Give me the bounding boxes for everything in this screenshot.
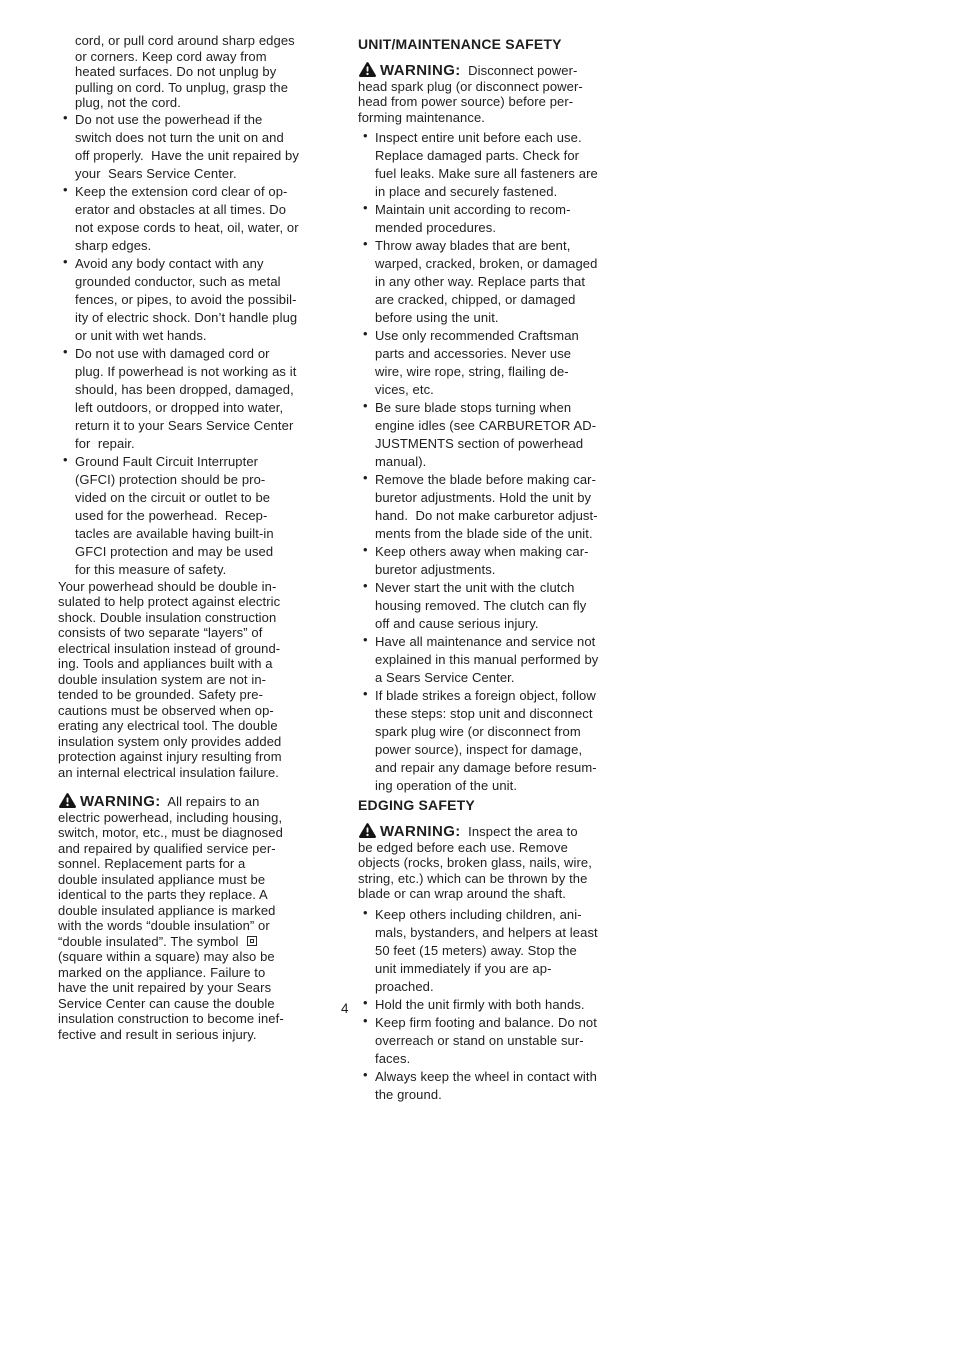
bullet-marker: •	[363, 995, 368, 1011]
warning-block-edging: WARNING: Inspect the area to be edged be…	[358, 822, 644, 902]
list-item-text: Hold the unit firmly with both hands.	[375, 997, 585, 1012]
bullet-marker: •	[63, 254, 68, 270]
warning-block-repairs: WARNING: All repairs to an electric powe…	[58, 792, 334, 1042]
list-item: •Keep the extension cord clear of op- er…	[58, 183, 334, 255]
warning-triangle-icon	[58, 792, 77, 809]
bullet-marker: •	[363, 128, 368, 144]
bullet-marker: •	[363, 1013, 368, 1029]
list-item: •Remove the blade before making car- bur…	[358, 471, 644, 543]
list-item: •Be sure blade stops turning when engine…	[358, 399, 644, 471]
list-item: •Ground Fault Circuit Interrupter (GFCI)…	[58, 453, 334, 579]
list-item-text: Avoid any body contact with any grounded…	[75, 256, 297, 343]
paragraph-continuation: cord, or pull cord around sharp edges or…	[58, 33, 334, 111]
list-item-text: Remove the blade before making car- bure…	[375, 472, 598, 541]
list-item: •Hold the unit firmly with both hands.	[358, 996, 644, 1014]
square-within-square-icon	[247, 936, 257, 946]
list-item: •Inspect entire unit before each use. Re…	[358, 129, 644, 201]
warning-label: WARNING:	[380, 823, 461, 840]
list-item-text: Keep firm footing and balance. Do not ov…	[375, 1015, 597, 1066]
bullet-marker: •	[363, 905, 368, 921]
bullet-marker: •	[63, 182, 68, 198]
list-item: •Keep firm footing and balance. Do not o…	[358, 1014, 644, 1068]
list-item-text: Do not use the powerhead if the switch d…	[75, 112, 299, 181]
list-item-text: Keep the extension cord clear of op- era…	[75, 184, 299, 253]
list-item-text: Keep others away when making car- bureto…	[375, 544, 589, 577]
warning-block-maintenance: WARNING: Disconnect power- head spark pl…	[358, 61, 644, 125]
list-item: •Maintain unit according to recom- mende…	[358, 201, 644, 237]
list-item: •Avoid any body contact with any grounde…	[58, 255, 334, 345]
list-item-text: If blade strikes a foreign object, follo…	[375, 688, 597, 793]
warning-text-continued: (square within a square) may also be mar…	[58, 949, 284, 1042]
list-item-text: Have all maintenance and service not exp…	[375, 634, 598, 685]
list-item-text: Keep others including children, ani- mal…	[375, 907, 598, 994]
bullet-marker: •	[63, 344, 68, 360]
bullet-marker: •	[363, 632, 368, 648]
bullet-marker: •	[363, 326, 368, 342]
list-item: •Do not use the powerhead if the switch …	[58, 111, 334, 183]
section-heading-edging-safety: EDGING SAFETY	[358, 797, 644, 813]
list-item-text: Never start the unit with the clutch hou…	[375, 580, 586, 631]
list-item-text: Use only recommended Craftsman parts and…	[375, 328, 579, 397]
bullet-marker: •	[63, 110, 68, 126]
warning-text: All repairs to an electric powerhead, in…	[58, 794, 283, 949]
bullet-marker: •	[363, 686, 368, 702]
warning-triangle-icon	[358, 822, 377, 839]
warning-triangle-icon	[358, 61, 377, 78]
left-column: cord, or pull cord around sharp edges or…	[58, 33, 334, 1046]
list-item-text: Maintain unit according to recom- mended…	[375, 202, 571, 235]
list-item: •Always keep the wheel in contact with t…	[358, 1068, 644, 1104]
list-item-text: Be sure blade stops turning when engine …	[375, 400, 596, 469]
bullet-marker: •	[363, 470, 368, 486]
list-item: •Never start the unit with the clutch ho…	[358, 579, 644, 633]
page-number: 4	[341, 1001, 349, 1017]
list-item-text: Ground Fault Circuit Interrupter (GFCI) …	[75, 454, 274, 577]
list-item: •Keep others including children, ani- ma…	[358, 906, 644, 996]
bullet-marker: •	[363, 236, 368, 252]
manual-page: cord, or pull cord around sharp edges or…	[0, 0, 954, 1346]
list-item: •If blade strikes a foreign object, foll…	[358, 687, 644, 795]
list-item-text: Throw away blades that are bent, warped,…	[375, 238, 597, 325]
bullet-marker: •	[63, 452, 68, 468]
double-insulation-paragraph: Your powerhead should be double in- sula…	[58, 579, 334, 781]
list-item: •Use only recommended Craftsman parts an…	[358, 327, 644, 399]
right-column: UNIT/MAINTENANCE SAFETY WARNING: Disconn…	[358, 36, 644, 1104]
warning-label: WARNING:	[80, 793, 161, 810]
warning-label: WARNING:	[380, 62, 461, 79]
bullet-marker: •	[363, 200, 368, 216]
list-item: •Do not use with damaged cord or plug. I…	[58, 345, 334, 453]
section-heading-unit-maintenance-safety: UNIT/MAINTENANCE SAFETY	[358, 36, 644, 52]
list-item-text: Do not use with damaged cord or plug. If…	[75, 346, 296, 451]
bullet-marker: •	[363, 1067, 368, 1083]
list-item: •Throw away blades that are bent, warped…	[358, 237, 644, 327]
bullet-marker: •	[363, 398, 368, 414]
list-item: •Have all maintenance and service not ex…	[358, 633, 644, 687]
list-item-text: Always keep the wheel in contact with th…	[375, 1069, 597, 1102]
bullet-marker: •	[363, 578, 368, 594]
list-item-text: Inspect entire unit before each use. Rep…	[375, 130, 598, 199]
list-item: •Keep others away when making car- buret…	[358, 543, 644, 579]
bullet-marker: •	[363, 542, 368, 558]
